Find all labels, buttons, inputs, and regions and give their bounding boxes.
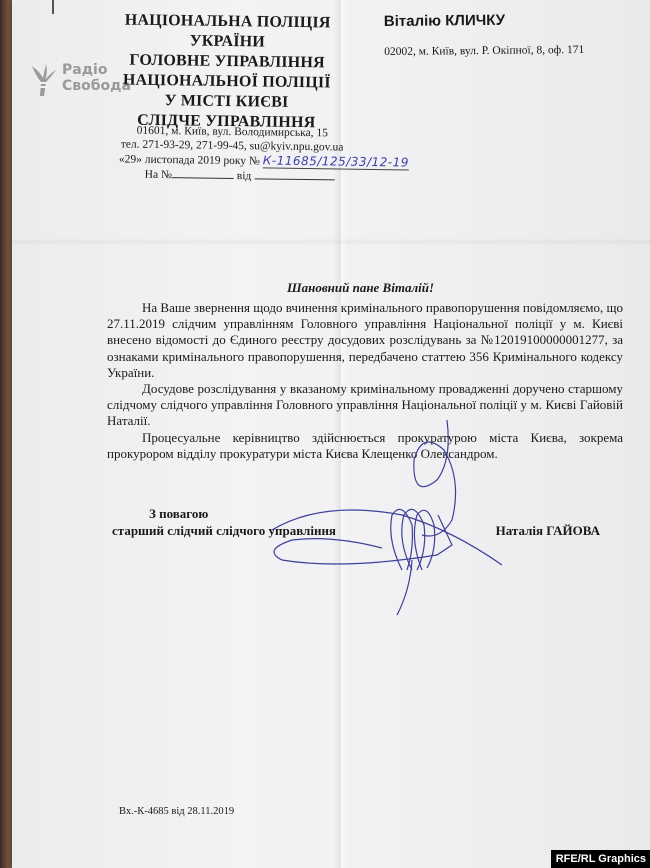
ref-date-blank	[254, 168, 334, 180]
signer-name: Наталія ГАЙОВА	[496, 522, 600, 539]
ref-date-label: від	[237, 170, 252, 182]
reference-line: На № від	[145, 167, 357, 185]
recipient-address: 02002, м. Київ, вул. Р. Окіпної, 8, оф. …	[384, 44, 584, 58]
salutation: Шановний пане Віталій!	[287, 280, 434, 296]
incoming-registration-stamp: Вх.-К-4685 від 28.11.2019	[119, 806, 234, 817]
sender-address-block: 01601, м. Київ, вул. Володимирська, 15 т…	[107, 123, 358, 184]
recipient-block: Віталію КЛИЧКУ 02002, м. Київ, вул. Р. О…	[384, 11, 584, 58]
torch-logo-icon	[28, 58, 58, 98]
handwritten-signature	[262, 420, 502, 620]
image-credit-badge: RFE/RL Graphics	[551, 850, 650, 868]
letter-paper: Радіо Свобода НАЦІОНАЛЬНА ПОЛІЦІЯ УКРАЇН…	[12, 0, 650, 868]
header-line: НАЦІОНАЛЬНОЇ ПОЛІЦІЇ	[107, 70, 347, 93]
body-paragraph: На Ваше звернення щодо вчинення кримінал…	[107, 300, 623, 381]
ref-number-label: На №	[145, 169, 172, 181]
sender-header: НАЦІОНАЛЬНА ПОЛІЦІЯ УКРАЇНИ ГОЛОВНЕ УПРА…	[106, 10, 348, 133]
header-line: НАЦІОНАЛЬНА ПОЛІЦІЯ	[108, 10, 348, 33]
horizontal-fold	[12, 238, 650, 246]
ref-number-blank	[172, 167, 234, 179]
staple-mark	[52, 0, 54, 14]
letter-date: «29» листопада 2019 року №	[119, 153, 260, 167]
recipient-name: Віталію КЛИЧКУ	[384, 11, 584, 30]
